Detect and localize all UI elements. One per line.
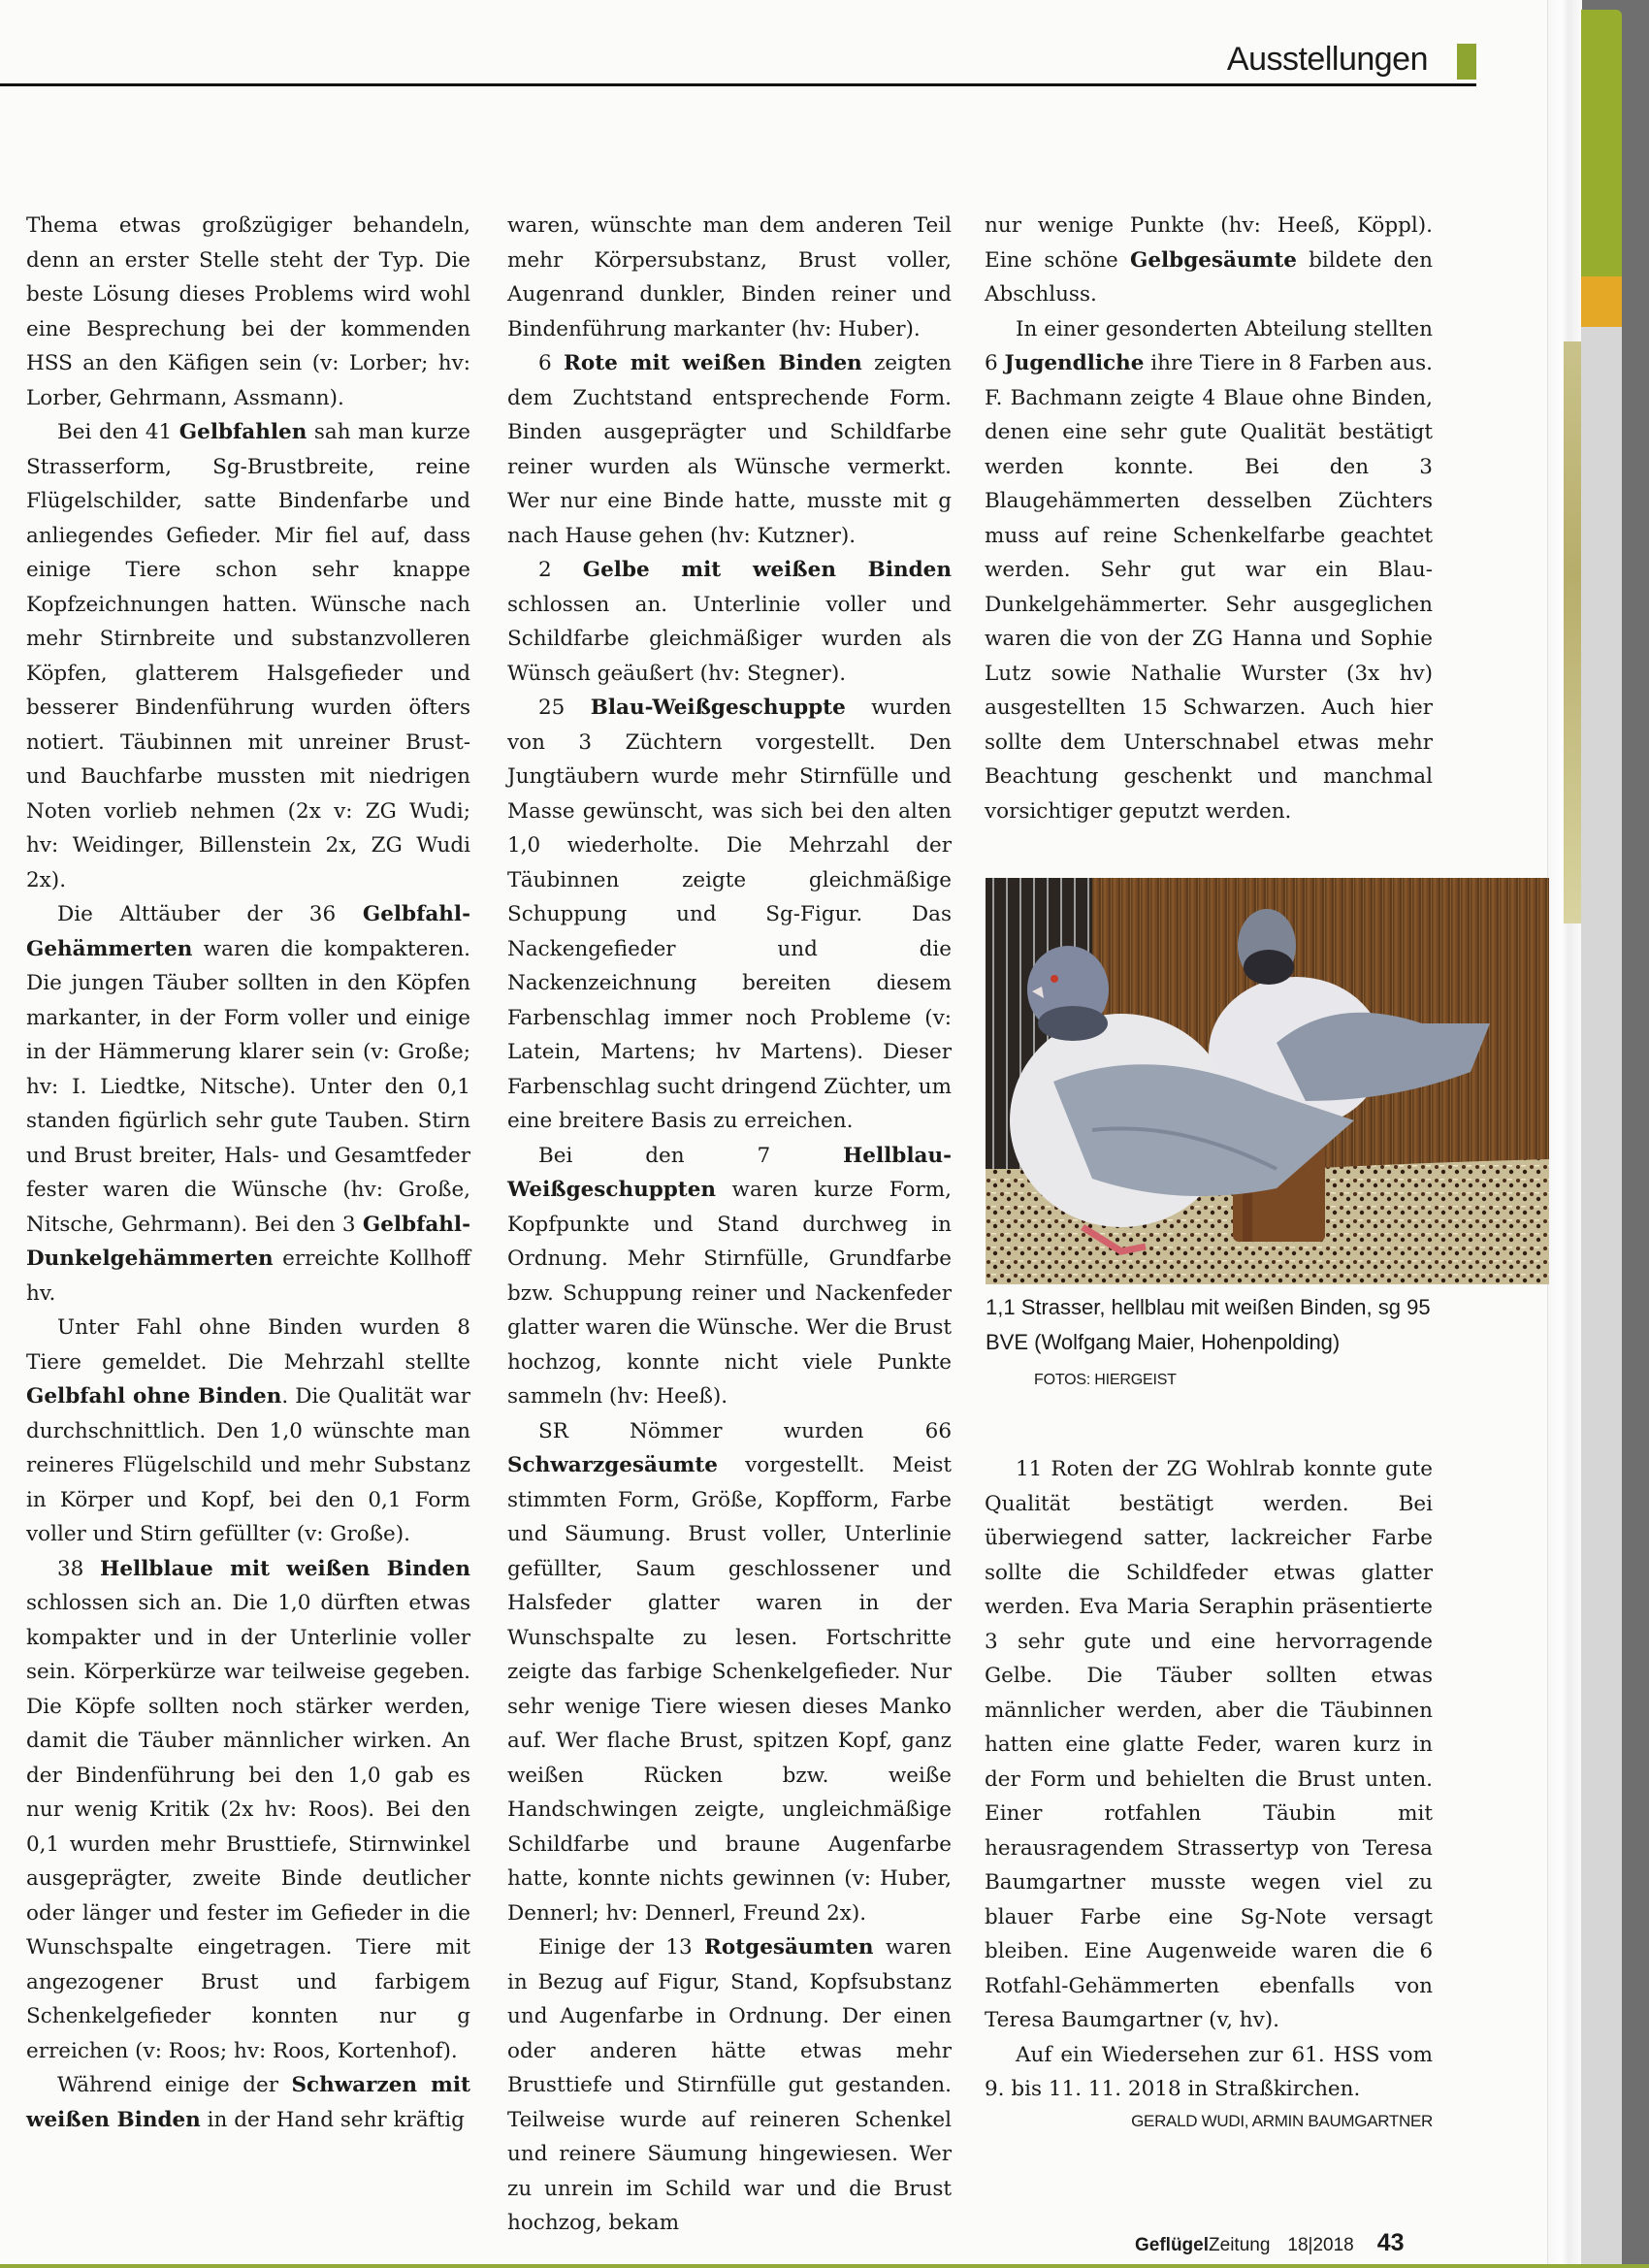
side-tab-green	[1581, 10, 1622, 276]
magazine-page: Ausstellungen Thema etwas großzügiger be…	[0, 0, 1581, 2264]
paragraph: 11 Roten der ZG Wohlrab konnte gute Qual…	[985, 1452, 1433, 2038]
magazine-brand-regular: Zeitung	[1209, 2235, 1270, 2256]
article-authors: GERALD WUDI, ARMIN BAUMGARTNER	[985, 2107, 1433, 2136]
text-run: Die Alttäuber der 36	[57, 902, 363, 926]
text-run: waren kurze Form, Kopfpunkte und Stand d…	[507, 1178, 952, 1409]
bold-term: Rotgesäumten	[704, 1935, 874, 1960]
photo-caption: 1,1 Strasser, hellblau mit weißen Binden…	[986, 1290, 1441, 1398]
paragraph: In einer gesonderten Abteilung stellten …	[985, 312, 1433, 829]
text-run: vorgestellt. Meist stimmten Form, Größe,…	[507, 1453, 952, 1926]
issue-number: 18|2018	[1287, 2235, 1353, 2256]
bold-term: Gelbe mit weißen Binden	[583, 558, 952, 582]
text-run: wurden von 3 Züchtern vorgestellt. Den J…	[507, 696, 952, 1133]
paragraph: 25 Blau-Weißgeschuppte wurden von 3 Züch…	[507, 691, 952, 1139]
text-run: waren in Bezug auf Figur, Stand, Kopfsub…	[507, 1935, 952, 2235]
text-run: 11 Roten der ZG Wohlrab konnte gute Qual…	[985, 1457, 1433, 2032]
side-tab-orange	[1581, 276, 1622, 327]
col3-bottom-paragraphs: 11 Roten der ZG Wohlrab konnte gute Qual…	[985, 1452, 1433, 2107]
bold-term: Gelbfahlen	[179, 420, 307, 444]
page-header: Ausstellungen	[0, 39, 1476, 86]
paragraph: nur wenige Punkte (hv: Heeß, Köppl). Ein…	[985, 209, 1433, 312]
paragraph: Die Alttäuber der 36 Gelbfahl-Gehämmerte…	[26, 897, 470, 1311]
bold-term: Jugendliche	[1005, 351, 1145, 375]
text-run: Einige der 13	[538, 1935, 704, 1960]
page-footer: GeflügelZeitung 18|2018 43	[1135, 2229, 1405, 2257]
bold-term: Blau-Weißgeschuppte	[591, 696, 846, 720]
photo-credit: FOTOS: HIERGEIST	[1034, 1372, 1177, 1388]
bold-term: Gelbgesäumte	[1130, 248, 1297, 273]
bold-term: Hellblaue mit weißen Binden	[100, 1557, 470, 1581]
text-run: Bei den 41	[57, 420, 179, 444]
caption-text: 1,1 Strasser, hellblau mit weißen Binden…	[986, 1295, 1431, 1354]
paragraph: 38 Hellblaue mit weißen Binden schlossen…	[26, 1552, 470, 2069]
text-run: . Die Qualität war durchschnittlich. Den…	[26, 1384, 470, 1546]
paragraph: Unter Fahl ohne Binden wurden 8 Tiere ge…	[26, 1311, 470, 1552]
text-run: Während einige der	[57, 2073, 291, 2097]
section-title: Ausstellungen	[1227, 41, 1428, 79]
text-run: SR Nömmer wurden 66	[538, 1419, 952, 1443]
cover-edge-green	[0, 2264, 1649, 2268]
bold-term: Schwarzgesäumte	[507, 1453, 718, 1477]
text-run: Auf ein Wiedersehen zur 61. HSS vom 9. b…	[985, 2043, 1433, 2102]
paragraph: 6 Rote mit weißen Binden zeigten dem Zuc…	[507, 346, 952, 553]
side-tab-grey	[1581, 327, 1622, 2264]
page-edges	[1547, 0, 1582, 2264]
text-run: in der Hand sehr kräftig	[201, 2108, 465, 2132]
section-marker-block	[1457, 44, 1476, 80]
text-run: 6	[538, 351, 564, 375]
text-run: 2	[538, 558, 583, 582]
text-run: Bei den 7	[538, 1144, 843, 1168]
text-run: zeigten dem Zuchtstand entsprechende For…	[507, 351, 952, 548]
paragraph: Bei den 41 Gelbfahlen sah man kurze Stra…	[26, 415, 470, 897]
paragraph: SR Nömmer wurden 66 Schwarzgesäumte vorg…	[507, 1414, 952, 1931]
text-run: 38	[57, 1557, 100, 1581]
article-column-3-top: nur wenige Punkte (hv: Heeß, Köppl). Ein…	[985, 209, 1433, 828]
pigeon-photo	[986, 878, 1549, 1284]
paragraph: Einige der 13 Rotgesäumten waren in Bezu…	[507, 1930, 952, 2241]
text-run: waren, wünschte man dem anderen Teil meh…	[507, 213, 952, 341]
paragraph: 2 Gelbe mit weißen Binden schlossen an. …	[507, 553, 952, 691]
adjacent-page-photo-edge	[1564, 341, 1583, 923]
article-column-3-bottom: 11 Roten der ZG Wohlrab konnte gute Qual…	[985, 1452, 1433, 2136]
text-run: waren die kompakteren. Die jungen Täuber…	[26, 937, 470, 1237]
paragraph: Bei den 7 Hellblau-Weißgeschuppten waren…	[507, 1139, 952, 1414]
text-run: 25	[538, 696, 591, 720]
page-number: 43	[1377, 2229, 1405, 2257]
paragraph: Auf ein Wiedersehen zur 61. HSS vom 9. b…	[985, 2038, 1433, 2107]
text-run: Unter Fahl ohne Binden wurden 8 Tiere ge…	[26, 1315, 470, 1375]
text-run: sah man kurze Strasserform, Sg-Brustbrei…	[26, 420, 470, 892]
paragraph: Thema etwas großzügiger behandeln, denn …	[26, 209, 470, 415]
text-run: schlossen sich an. Die 1,0 dürften etwas…	[26, 1591, 470, 2063]
article-column-2: waren, wünschte man dem anderen Teil meh…	[507, 209, 952, 2241]
paragraph: Während einige der Schwarzen mit weißen …	[26, 2068, 470, 2137]
text-run: Thema etwas großzügiger behandeln, denn …	[26, 213, 470, 410]
pigeons-image-icon	[986, 878, 1549, 1284]
magazine-brand-bold: Geflügel	[1135, 2235, 1209, 2256]
text-run: ihre Tiere in 8 Farben aus. F. Bachmann …	[985, 351, 1433, 824]
bold-term: Rote mit weißen Binden	[564, 351, 862, 375]
text-run: schlossen an. Unterlinie voller und Schi…	[507, 593, 952, 686]
bold-term: Gelbfahl ohne Binden	[26, 1384, 281, 1409]
article-column-1: Thema etwas großzügiger behandeln, denn …	[26, 209, 470, 2137]
paragraph: waren, wünschte man dem anderen Teil meh…	[507, 209, 952, 346]
